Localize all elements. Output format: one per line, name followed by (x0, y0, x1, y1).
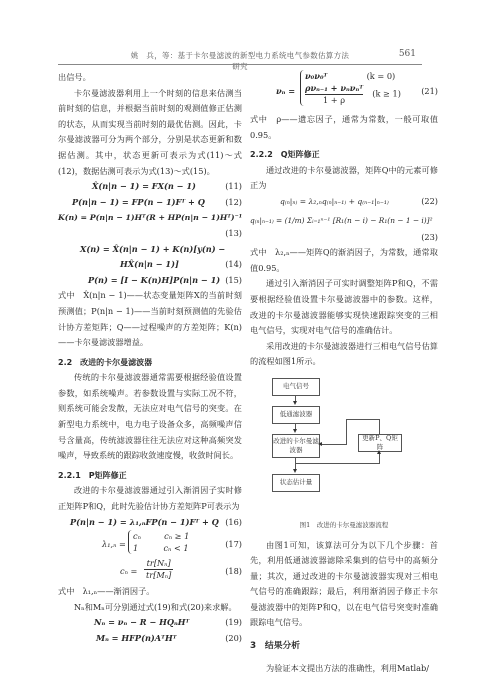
section-heading-2-2-2: 2.2.2 Q矩阵修正 (250, 147, 438, 163)
equation-13-number: (13) (225, 226, 242, 242)
equation-13-number-line: (13) (58, 226, 242, 242)
equation-21-case1-condition: (k = 0) (367, 71, 396, 81)
equation-21-case2-denominator: 1 + ρ (305, 95, 363, 106)
equation-19: Nₙ = νₙ − R − HQₙHᵀ (19) (58, 615, 242, 631)
equation-22: q₍ₙ|ₙ₎ = λ₂,ₙq₍ₙ|ₙ₋₁₎ + q₍ₙ₋₁|ₙ₋₁₎ (22) (250, 194, 438, 210)
equation-18-denominator: tr[Mₙ] (144, 570, 173, 581)
flow-box-improved-kalman: 改进的卡尔曼滤波器 (272, 434, 320, 458)
equation-20-number: (20) (225, 631, 242, 647)
paragraph-flow-intro: 采用改进的卡尔曼滤波器进行三相电气信号估算的流程如图1所示。 (250, 339, 438, 370)
equation-23-number-line: (23) (250, 230, 438, 246)
paragraph-kalman-intro: 卡尔曼滤波器利用上一个时刻的信息来估测当前时刻的信息，并根据当前时刻的观测值修正… (58, 86, 242, 180)
where-clause-2: 式中 λ₁,ₙ——渐消因子。 (58, 584, 242, 600)
arrow-down-icon (293, 429, 297, 433)
equation-14-body-2: HX̂(n|n − 1)] (120, 257, 179, 273)
equation-21-case2-condition: (k ≥ 1) (372, 89, 401, 99)
paragraph-fading-factor-benefit: 通过引入渐消因子可实时调整矩阵P和Q，不需要根据经验值设置卡尔曼滤波器中的参数。… (250, 276, 438, 338)
flow-box-electrical-signal: 电气信号 (272, 378, 320, 396)
equation-21: νₙ = ν₀ν₀ᵀ (k = 0) ρνₙ₋₁ + νₙνₙᵀ 1 + ρ (… (250, 70, 438, 112)
equation-16-number: (16) (225, 515, 242, 531)
paragraph-algorithm-steps: 由图1可知，该算法可分为以下几个步骤：首先，利用低通滤波器滤除采集到的信号中的高… (250, 538, 438, 632)
paragraph-p-matrix: 改进的卡尔曼滤波器通过引入渐消因子实时修正矩阵P和Q，此时先验估计协方差矩阵P可… (58, 483, 242, 514)
flow-connector (379, 419, 380, 434)
equation-21-lhs: νₙ = (276, 84, 295, 100)
equation-11: X̂(n|n − 1) = FX(n − 1) (11) (58, 179, 242, 195)
equation-17-case2-value: 1 (133, 543, 138, 553)
equation-13-body: K(n) = P(n|n − 1)Hᵀ(R + HP(n|n − 1)Hᵀ)⁻¹ (58, 210, 242, 226)
arrow-down-icon (293, 401, 297, 405)
arrow-up-icon (377, 450, 381, 454)
section-heading-2-2-1: 2.2.1 P矩阵修正 (58, 468, 242, 484)
equation-21-case1-value: ν₀ν₀ᵀ (305, 71, 327, 81)
equation-18-fraction: tr[Nₙ] tr[Mₙ] (144, 558, 173, 581)
figure-1-caption: 图1 改进的卡尔曼滤波器流程 (250, 518, 438, 534)
flow-connector (295, 463, 380, 464)
equation-22-body: q₍ₙ|ₙ₎ = λ₂,ₙq₍ₙ|ₙ₋₁₎ + q₍ₙ₋₁|ₙ₋₁₎ (280, 194, 389, 210)
flow-connector (346, 419, 347, 444)
equation-14-line2: HX̂(n|n − 1)] (14) (58, 257, 242, 273)
flow-box-lowpass-filter: 低通滤波器 (272, 406, 320, 424)
equation-17-lhs: λ₁,ₙ = (102, 537, 126, 553)
flow-connector (379, 453, 380, 463)
equation-15-number: (15) (225, 273, 242, 289)
where-clause-1: 式中 X̂(n|n − 1)——状态变量矩阵X的当前时刻预测值；P(n|n − … (58, 288, 242, 350)
equation-18-numerator: tr[Nₙ] (144, 558, 173, 570)
equation-17-cases: cₙ cₙ ≥ 1 1 cₙ < 1 (128, 530, 189, 554)
arrow-left-icon (318, 442, 322, 446)
equation-11-number: (11) (225, 179, 242, 195)
page-number: 561 (399, 49, 416, 59)
paragraph-results-intro: 为验证本文提出方法的准确性，利用Matlab/ (250, 661, 438, 673)
equation-18-lhs: cₙ = (120, 564, 137, 580)
equation-14-body-1: X(n) = X̂(n|n − 1) + K(n)[y(n) − (80, 242, 225, 258)
equation-12-number: (12) (225, 195, 242, 211)
left-column: 出信号。 卡尔曼滤波器利用上一个时刻的信息来估测当前时刻的信息，并根据当前时刻的… (58, 70, 242, 647)
equation-20-body: Mₙ = HFP(n)AᵀHᵀ (96, 631, 177, 647)
equation-18-number: (18) (225, 564, 242, 580)
flow-connector (346, 419, 380, 420)
equation-15-body: P(n) = [I − K(n)H]P(n|n − 1) (88, 273, 220, 289)
equation-18: cₙ = tr[Nₙ] tr[Mₙ] (18) (58, 558, 242, 584)
where-clause-4: 式中 λ₂,ₙ——矩阵Q的渐消因子，为常数，通常取值0.95。 (250, 245, 438, 276)
paragraph-n-m-solve: Nₙ和Mₙ可分别通过式(19)和式(20)来求解。 (58, 600, 242, 616)
equation-21-number: (21) (421, 84, 438, 100)
header-rule (58, 64, 422, 65)
equation-21-case2-numerator: ρνₙ₋₁ + νₙνₙᵀ (305, 83, 363, 95)
equation-23-body: q₍ₙ|ₙ₋₁₎ = (1/m) Σᵢ₌₁ⁿ⁻¹ [R₁(n − i) − R₁… (250, 213, 433, 229)
equation-16: P(n|n − 1) = λ₁,ₙFP(n − 1)Fᵀ + Q (16) (58, 515, 242, 531)
equation-14-number: (14) (225, 257, 242, 273)
equation-19-body: Nₙ = νₙ − R − HQₙHᵀ (94, 615, 189, 631)
equation-19-number: (19) (225, 615, 242, 631)
right-column: νₙ = ν₀ν₀ᵀ (k = 0) ρνₙ₋₁ + νₙνₙᵀ 1 + ρ (… (250, 70, 438, 673)
equation-17-number: (17) (225, 537, 242, 553)
equation-17-case1-value: cₙ (133, 531, 141, 541)
arrow-down-icon (293, 469, 297, 473)
paragraph-traditional-kalman: 传统的卡尔曼滤波器通常需要根据经验值设置参数，如系统噪声。若参数设置与实际工况不… (58, 370, 242, 464)
equation-21-brace: ν₀ν₀ᵀ (k = 0) ρνₙ₋₁ + νₙνₙᵀ 1 + ρ (k ≥ 1… (300, 70, 401, 106)
figure-1-flowchart: 电气信号 低通滤波器 改进的卡尔曼滤波器 状态估计量 更新P、Q矩阵 (250, 374, 438, 516)
paragraph-continuation: 出信号。 (58, 70, 242, 86)
flow-box-state-estimate: 状态估计量 (272, 474, 320, 492)
equation-17: λ₁,ₙ = cₙ cₙ ≥ 1 1 cₙ < 1 (17) (58, 530, 242, 558)
equation-13: K(n) = P(n|n − 1)Hᵀ(R + HP(n|n − 1)Hᵀ)⁻¹ (58, 210, 242, 226)
equation-20: Mₙ = HFP(n)AᵀHᵀ (20) (58, 631, 242, 647)
section-heading-3: 3 结果分析 (250, 639, 438, 655)
equation-15: P(n) = [I − K(n)H]P(n|n − 1) (15) (58, 273, 242, 289)
equation-12: P(n|n − 1) = FP(n − 1)Fᵀ + Q (12) (58, 195, 242, 211)
equation-22-number: (22) (421, 194, 438, 210)
running-title: 姚 兵，等：基于卡尔曼滤波的新型电力系统电气参数估算方法研究 (130, 50, 350, 72)
equation-11-body: X̂(n|n − 1) = FX(n − 1) (92, 179, 196, 195)
paragraph-q-matrix: 通过改进的卡尔曼滤波器，矩阵Q中的元素可修正为 (250, 163, 438, 194)
section-heading-2-2: 2.2 改进的卡尔曼滤波器 (58, 355, 242, 371)
equation-12-body: P(n|n − 1) = FP(n − 1)Fᵀ + Q (72, 195, 205, 211)
where-clause-3: 式中 ρ——遗忘因子，通常为常数，一般可取值0.95。 (250, 112, 438, 143)
equation-23: q₍ₙ|ₙ₋₁₎ = (1/m) Σᵢ₌₁ⁿ⁻¹ [R₁(n − i) − R₁… (250, 210, 438, 230)
equation-17-case2-condition: cₙ < 1 (163, 543, 188, 553)
equation-16-body: P(n|n − 1) = λ₁,ₙFP(n − 1)Fᵀ + Q (70, 515, 219, 531)
equation-14-line1: X(n) = X̂(n|n − 1) + K(n)[y(n) − (58, 242, 242, 258)
equation-17-brace: cₙ cₙ ≥ 1 1 cₙ < 1 (128, 530, 189, 554)
flow-connector (322, 444, 347, 445)
equation-21-cases: ν₀ν₀ᵀ (k = 0) ρνₙ₋₁ + νₙνₙᵀ 1 + ρ (k ≥ 1… (300, 70, 401, 106)
equation-23-number: (23) (421, 230, 438, 246)
equation-17-case1-condition: cₙ ≥ 1 (164, 531, 189, 541)
